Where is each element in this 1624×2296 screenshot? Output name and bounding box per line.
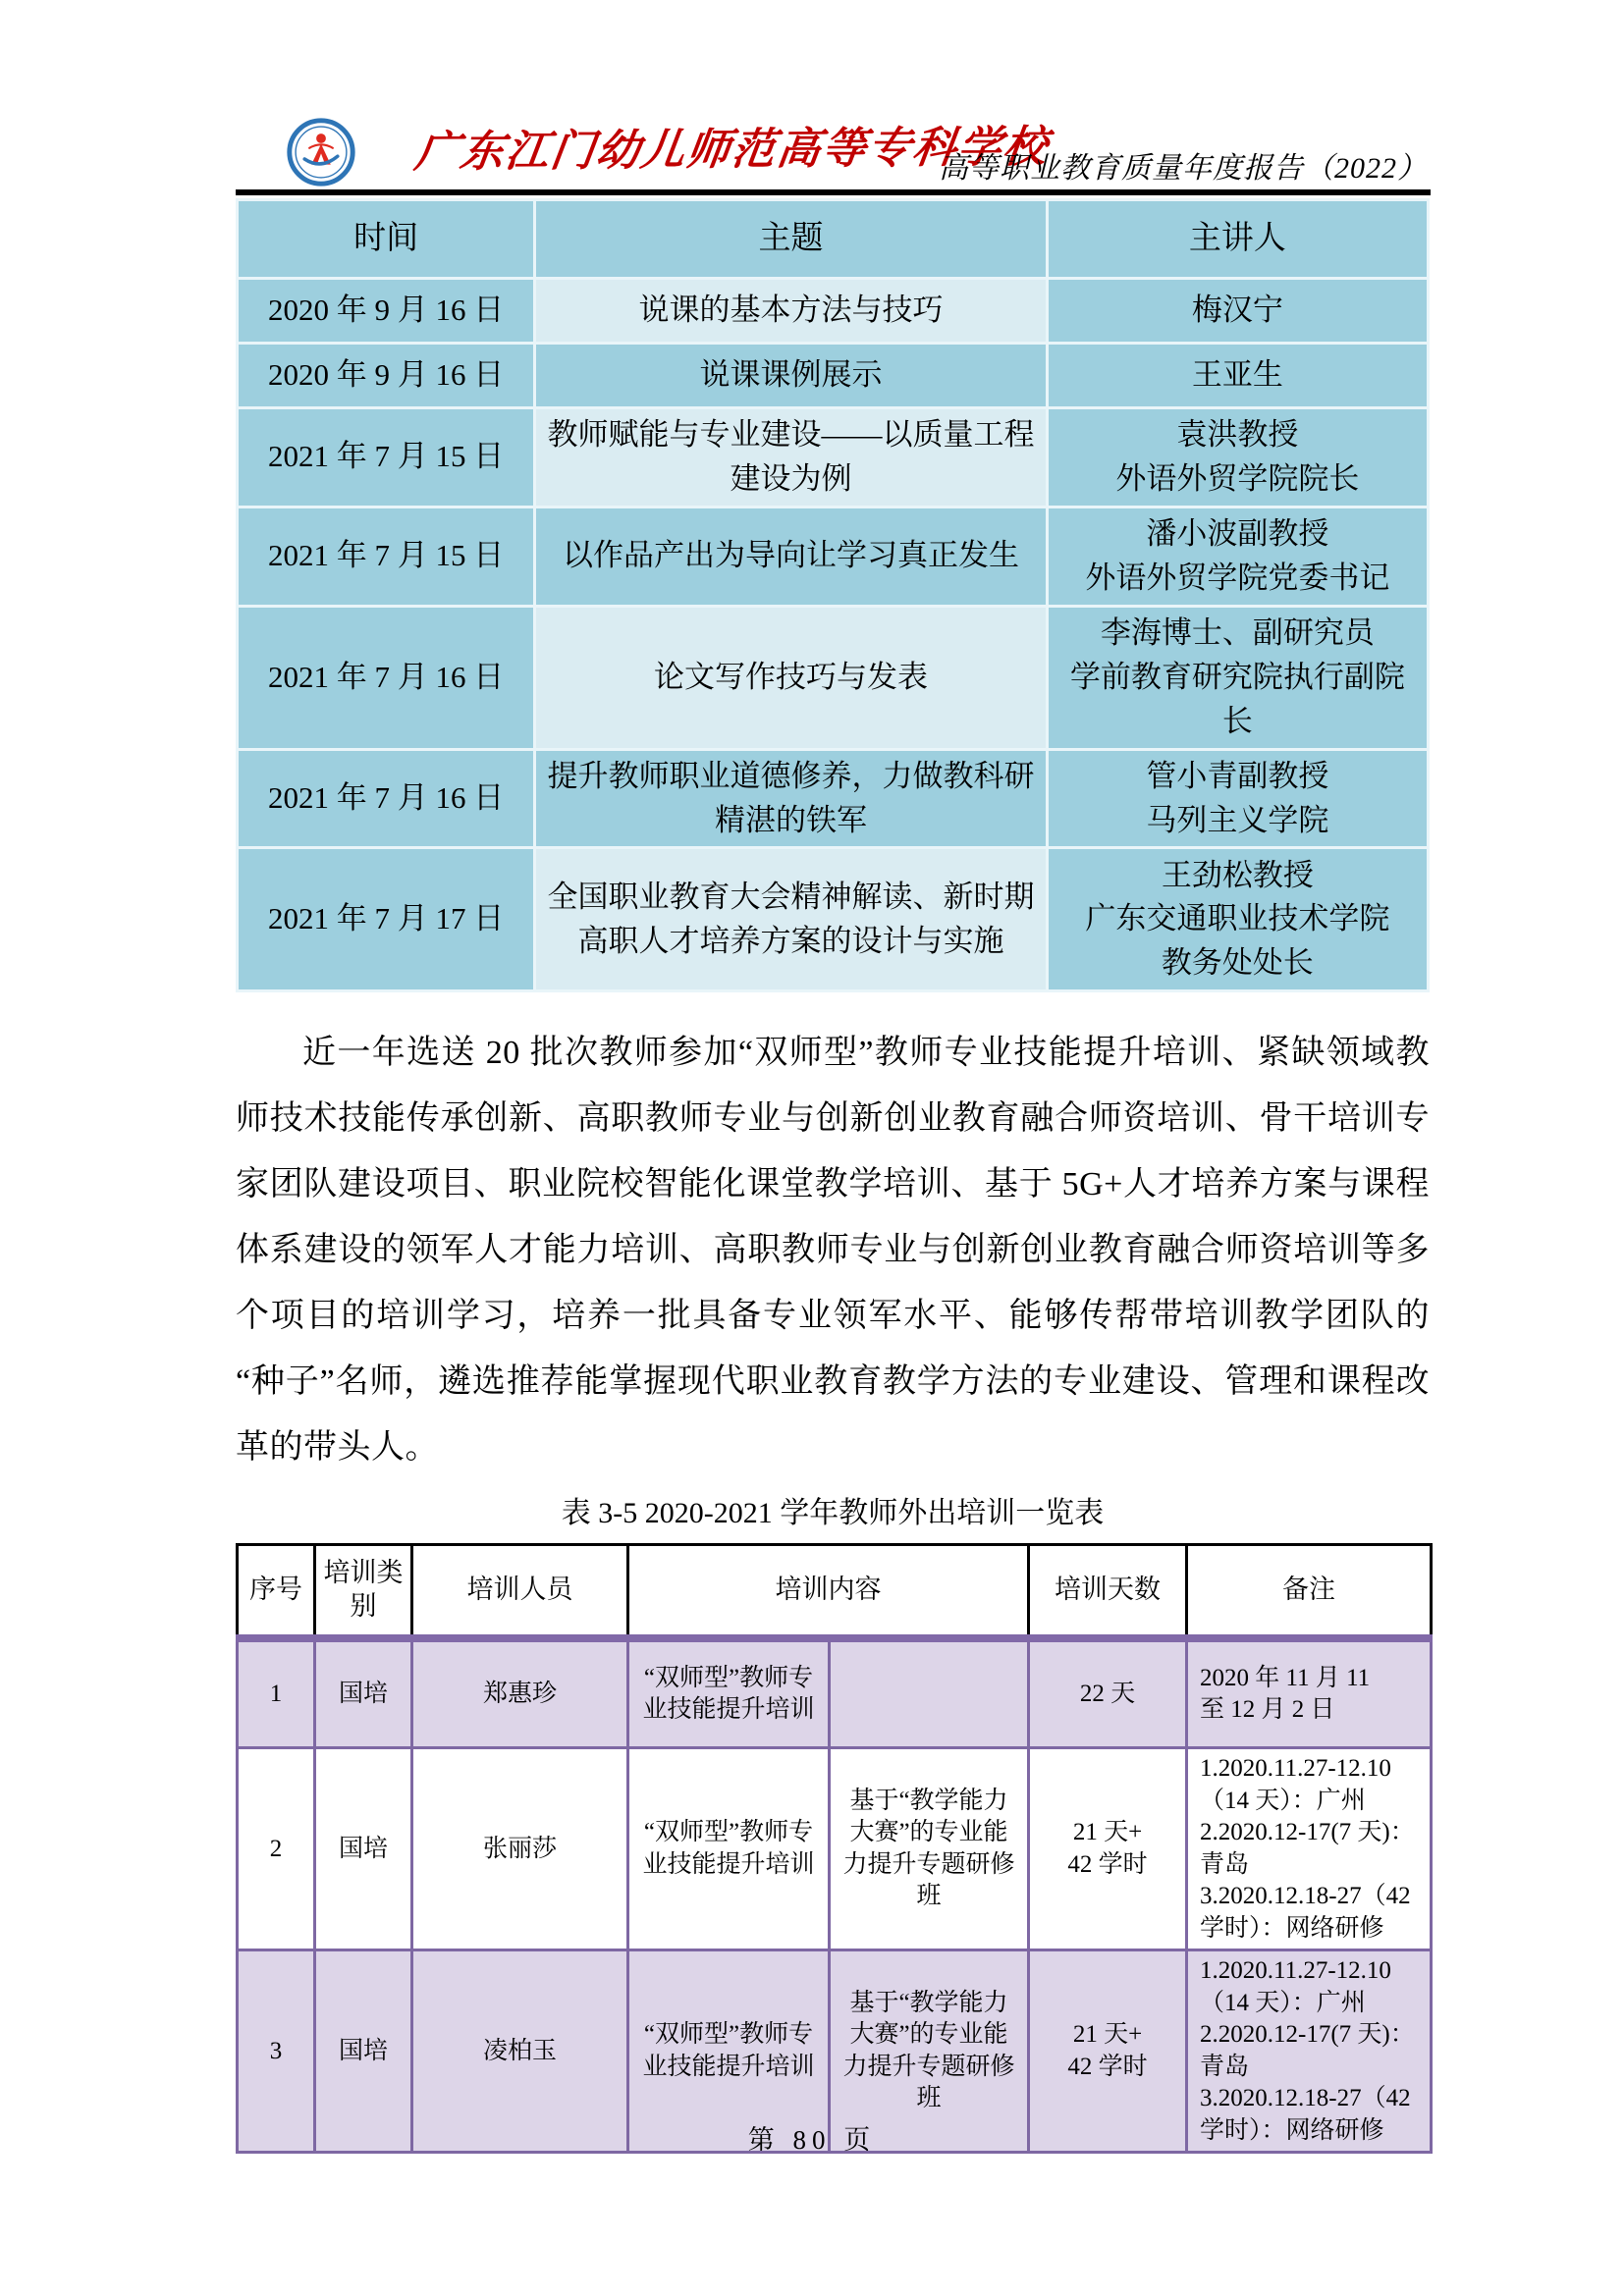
topic-cell: 说课课例展示 (535, 344, 1048, 408)
person-cell: 张丽莎 (412, 1748, 628, 1950)
time-cell: 2020 年 9 月 16 日 (238, 344, 535, 408)
speaker-cell: 梅汉宁 (1047, 279, 1428, 344)
speaker-cell: 袁洪教授 外语外贸学院院长 (1047, 408, 1428, 507)
note-cell: 2020 年 11 月 11 至 12 月 2 日 (1187, 1638, 1432, 1748)
table-row: 2 国培 张丽莎 “双师型”教师专业技能提升培训 基于“教学能力大赛”的专业能力… (238, 1748, 1432, 1950)
lecture-table-header-row: 时间 主题 主讲人 (238, 200, 1429, 279)
page-number: 第 80 页 (0, 2118, 1624, 2157)
document-page: 广东江门幼儿师范高等专科学校 高等职业教育质量年度报告（2022） 时间 主题 … (0, 0, 1624, 2296)
header-rule (236, 189, 1431, 195)
speaker-cell: 王亚生 (1047, 344, 1428, 408)
category-cell: 国培 (315, 1638, 412, 1748)
category-cell: 国培 (315, 1748, 412, 1950)
lecture-table: 时间 主题 主讲人 2020 年 9 月 16 日 说课的基本方法与技巧 梅汉宁… (236, 198, 1430, 992)
column-header-content: 培训内容 (628, 1545, 1029, 1638)
table-row: 2021 年 7 月 15 日 以作品产出为导向让学习真正发生 潘小波副教授 外… (238, 507, 1429, 606)
school-badge-icon (287, 118, 355, 187)
time-cell: 2021 年 7 月 16 日 (238, 606, 535, 749)
school-badge-icon-svg (287, 118, 355, 187)
training-table: 序号 培训类别 培训人员 培训内容 培训天数 备注 1 国培 郑惠珍 “双师型”… (236, 1543, 1433, 2154)
content-cell: “双师型”教师专业技能提升培训 (628, 1748, 830, 1950)
column-header-category: 培训类别 (315, 1545, 412, 1638)
table-row: 2020 年 9 月 16 日 说课课例展示 王亚生 (238, 344, 1429, 408)
speaker-cell: 潘小波副教授 外语外贸学院党委书记 (1047, 507, 1428, 606)
time-cell: 2021 年 7 月 17 日 (238, 848, 535, 991)
column-header-no: 序号 (238, 1545, 315, 1638)
table-row: 2021 年 7 月 16 日 提升教师职业道德修养，力做教科研精湛的铁军 管小… (238, 749, 1429, 848)
column-header-topic: 主题 (535, 200, 1048, 279)
column-header-time: 时间 (238, 200, 535, 279)
time-cell: 2020 年 9 月 16 日 (238, 279, 535, 344)
note-cell: 1.2020.11.27-12.10 （14 天）：广州 2.2020.12-1… (1187, 1748, 1432, 1950)
days-cell: 21 天+ 42 学时 (1029, 1748, 1187, 1950)
topic-cell: 以作品产出为导向让学习真正发生 (535, 507, 1048, 606)
time-cell: 2021 年 7 月 15 日 (238, 408, 535, 507)
table-row: 1 国培 郑惠珍 “双师型”教师专业技能提升培训 22 天 2020 年 11 … (238, 1638, 1432, 1748)
speaker-cell: 李海博士、副研究员 学前教育研究院执行副院长 (1047, 606, 1428, 749)
person-cell: 郑惠珍 (412, 1638, 628, 1748)
table-caption: 表 3-5 2020-2021 学年教师外出培训一览表 (236, 1488, 1430, 1531)
speaker-cell: 管小青副教授 马列主义学院 (1047, 749, 1428, 848)
topic-cell: 说课的基本方法与技巧 (535, 279, 1048, 344)
topic-cell: 论文写作技巧与发表 (535, 606, 1048, 749)
page-content: 时间 主题 主讲人 2020 年 9 月 16 日 说课的基本方法与技巧 梅汉宁… (236, 198, 1430, 2154)
body-paragraph: 近一年选送 20 批次教师参加“双师型”教师专业技能提升培训、紧缺领域教师技术技… (236, 1020, 1430, 1480)
content-cell: “双师型”教师专业技能提升培训 (628, 1638, 830, 1748)
content-cell: 基于“教学能力大赛”的专业能力提升专题研修班 (830, 1748, 1029, 1950)
days-cell: 22 天 (1029, 1638, 1187, 1748)
speaker-cell: 王劲松教授 广东交通职业技术学院 教务处处长 (1047, 848, 1428, 991)
report-title: 高等职业教育质量年度报告（2022） (939, 143, 1428, 187)
table-row: 2020 年 9 月 16 日 说课的基本方法与技巧 梅汉宁 (238, 279, 1429, 344)
column-header-note: 备注 (1187, 1545, 1432, 1638)
time-cell: 2021 年 7 月 15 日 (238, 507, 535, 606)
topic-cell: 提升教师职业道德修养，力做教科研精湛的铁军 (535, 749, 1048, 848)
column-header-speaker: 主讲人 (1047, 200, 1428, 279)
table-row: 2021 年 7 月 17 日 全国职业教育大会精神解读、新时期高职人才培养方案… (238, 848, 1429, 991)
no-cell: 1 (238, 1638, 315, 1748)
no-cell: 2 (238, 1748, 315, 1950)
training-table-header-row: 序号 培训类别 培训人员 培训内容 培训天数 备注 (238, 1545, 1432, 1638)
time-cell: 2021 年 7 月 16 日 (238, 749, 535, 848)
table-row: 2021 年 7 月 16 日 论文写作技巧与发表 李海博士、副研究员 学前教育… (238, 606, 1429, 749)
topic-cell: 教师赋能与专业建设——以质量工程建设为例 (535, 408, 1048, 507)
column-header-person: 培训人员 (412, 1545, 628, 1638)
column-header-days: 培训天数 (1029, 1545, 1187, 1638)
content-cell (830, 1638, 1029, 1748)
topic-cell: 全国职业教育大会精神解读、新时期高职人才培养方案的设计与实施 (535, 848, 1048, 991)
table-row: 2021 年 7 月 15 日 教师赋能与专业建设——以质量工程建设为例 袁洪教… (238, 408, 1429, 507)
